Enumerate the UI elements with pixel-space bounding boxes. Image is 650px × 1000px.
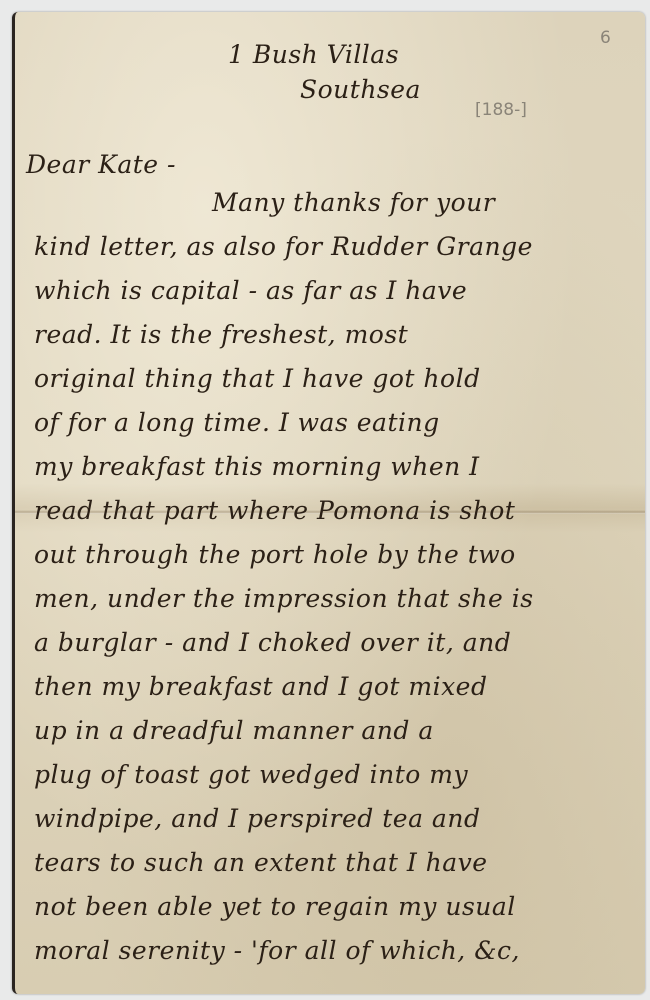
letter-line: moral serenity - 'for all of which, &c,: [34, 936, 520, 965]
letter-line: Many thanks for your: [212, 188, 495, 217]
letter-line: of for a long time. I was eating: [34, 408, 440, 437]
letter-line: which is capital - as far as I have: [34, 276, 467, 305]
letter-line: a burglar - and I choked over it, and: [34, 628, 511, 657]
letter-line: tears to such an extent that I have: [34, 848, 488, 877]
salutation: Dear Kate -: [26, 150, 176, 179]
letter-line: read. It is the freshest, most: [34, 320, 408, 349]
letter-line: my breakfast this morning when I: [34, 452, 480, 481]
letter-line: windpipe, and I perspired tea and: [34, 804, 480, 833]
letter-line: up in a dreadful manner and a: [34, 716, 434, 745]
letter-line: men, under the impression that she is: [34, 584, 534, 613]
address-line-1: 1 Bush Villas: [228, 40, 399, 69]
letter-line: out through the port hole by the two: [34, 540, 516, 569]
archive-date-note: [188-]: [475, 100, 527, 120]
letter-line: not been able yet to regain my usual: [34, 892, 516, 921]
page-number: 6: [600, 28, 611, 48]
letter-line: then my breakfast and I got mixed: [34, 672, 487, 701]
letter-line: original thing that I have got hold: [34, 364, 481, 393]
address-line-2: Southsea: [300, 75, 421, 104]
letter-line: kind letter, as also for Rudder Grange: [34, 232, 533, 261]
letter-line: plug of toast got wedged into my: [34, 760, 468, 789]
letter-line: read that part where Pomona is shot: [34, 496, 515, 525]
